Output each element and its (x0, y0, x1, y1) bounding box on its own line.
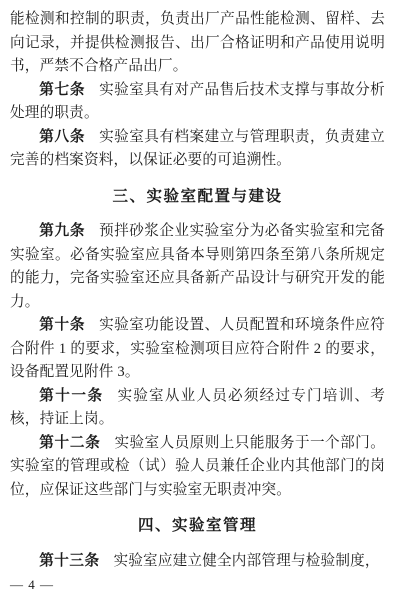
article-12-number: 第十二条 (39, 435, 100, 451)
article-8-number: 第八条 (39, 129, 85, 145)
article-9-number: 第九条 (39, 223, 85, 239)
article-7-number: 第七条 (39, 82, 85, 98)
section-3-heading: 三、实验室配置与建设 (10, 185, 385, 209)
paragraph-article-9: 第九条预拌砂浆企业实验室分为必备实验室和完备实验室。必备实验室应具备本导则第四条… (10, 220, 385, 314)
article-13-text: 实验室应建立健全内部管理与检验制度， (113, 553, 379, 569)
document-page: 能检测和控制的职责，负责出厂产品性能检测、留样、去向记录，并提供检测报告、出厂合… (0, 0, 397, 600)
page-number: — 4 — (10, 575, 385, 595)
paragraph-continuation: 能检测和控制的职责，负责出厂产品性能检测、留样、去向记录，并提供检测报告、出厂合… (10, 8, 385, 79)
paragraph-article-8: 第八条实验室具有档案建立与管理职责，负责建立完善的档案资料，以保证必要的可追溯性… (10, 126, 385, 173)
paragraph-article-13: 第十三条实验室应建立健全内部管理与检验制度， (10, 550, 385, 574)
article-10-number: 第十条 (39, 317, 85, 333)
article-11-number: 第十一条 (39, 388, 103, 404)
paragraph-article-12: 第十二条实验室人员原则上只能服务于一个部门。实验室的管理或检（试）验人员兼任企业… (10, 432, 385, 503)
article-13-number: 第十三条 (39, 553, 99, 569)
paragraph-article-10: 第十条实验室功能设置、人员配置和环境条件应符合附件 1 的要求，实验室检测项目应… (10, 314, 385, 385)
paragraph-article-11: 第十一条实验室从业人员必须经过专门培训、考核，持证上岗。 (10, 385, 385, 432)
section-4-heading: 四、实验室管理 (10, 514, 385, 538)
paragraph-article-7: 第七条实验室具有对产品售后技术支撑与事故分析处理的职责。 (10, 79, 385, 126)
